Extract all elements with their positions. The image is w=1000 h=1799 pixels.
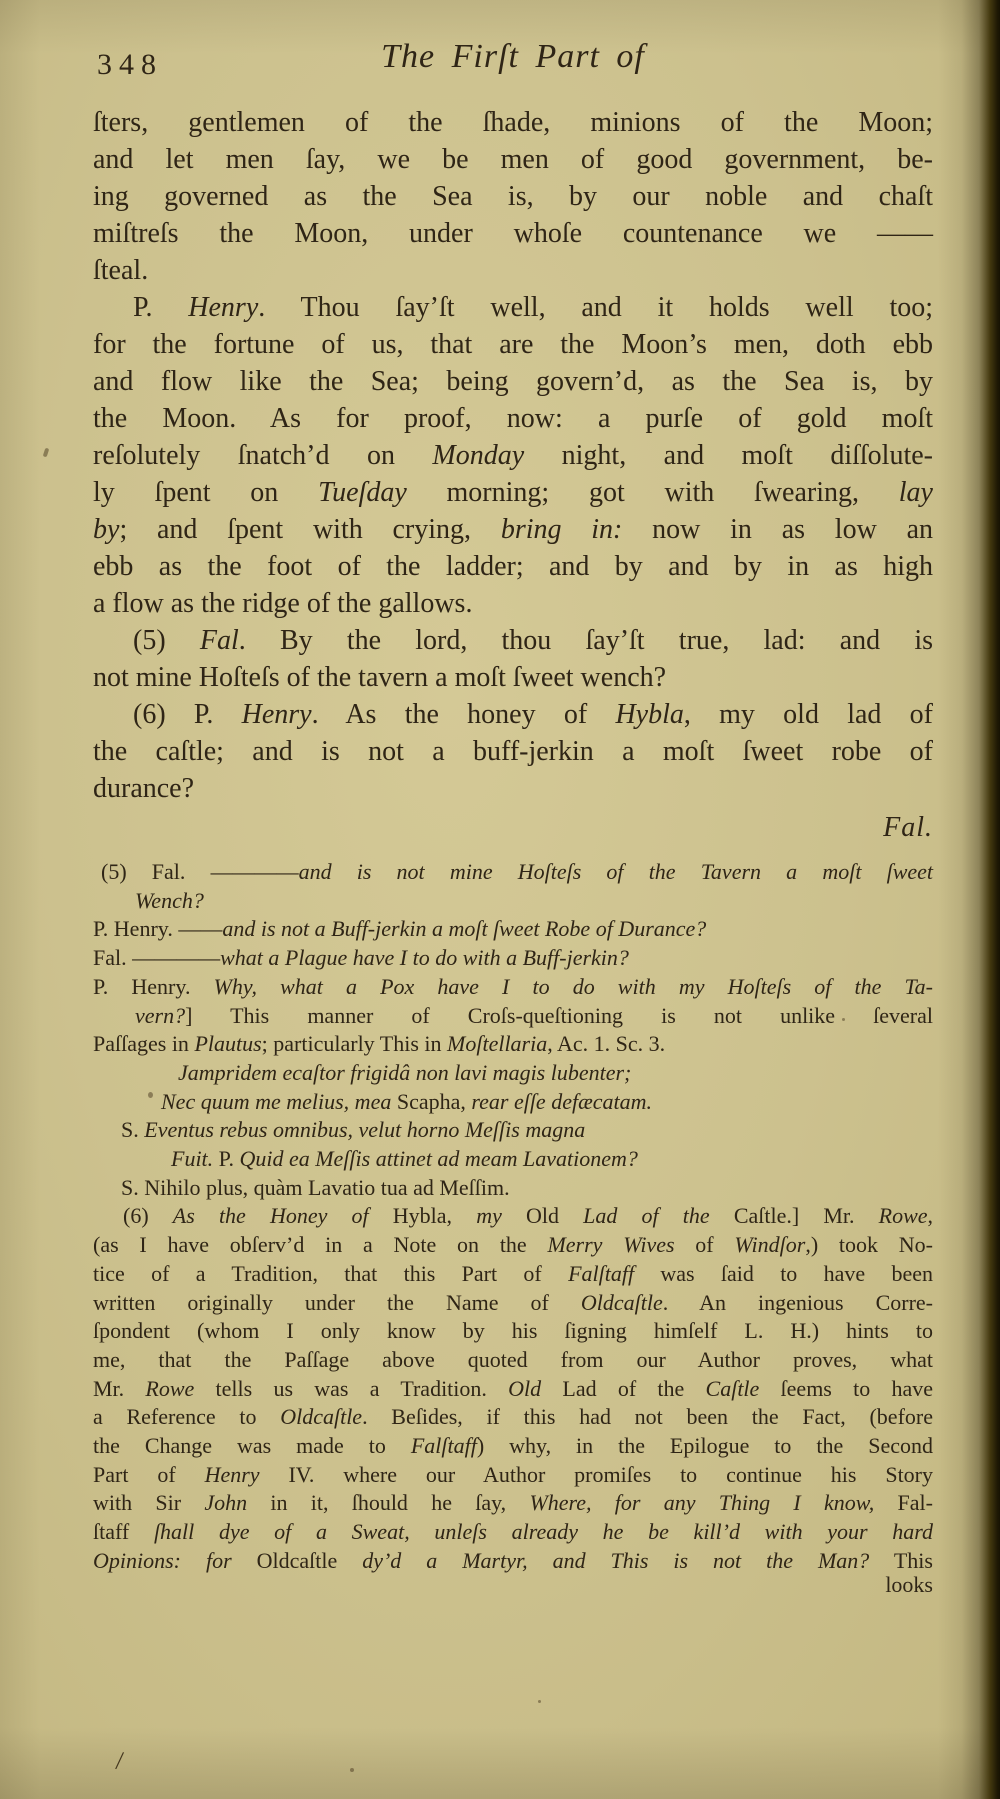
text-line: and flow like the Sea; being govern’d, a… (93, 363, 933, 400)
italic-text: John (204, 1490, 247, 1515)
roman-text: Lad of the (541, 1376, 705, 1401)
text-line: reſolutely ſnatch’d on Monday night, and… (93, 437, 933, 474)
paragraph: (6) As the Honey of Hybla, my Old Lad of… (93, 1202, 933, 1575)
mid-page-catchword: Fal. (883, 812, 933, 844)
text-line: a Reference to Oldcaſtle. Beſides, if th… (93, 1403, 933, 1432)
paragraph: Fal. ————what a Plague have I to do with… (93, 944, 933, 973)
roman-text: ing governed as the Sea is, by our noble… (93, 181, 933, 212)
roman-text: and let men ſay, we be men of good gover… (93, 144, 933, 175)
roman-text: of (675, 1232, 735, 1257)
roman-text: now in as low an (622, 514, 933, 545)
roman-text: was ſaid to have been (634, 1261, 933, 1286)
paragraph: P. Henry. Thou ſay’ſt well, and it holds… (93, 289, 933, 622)
roman-text: Mr. (93, 1376, 145, 1401)
bottom-catchword: looks (885, 1572, 933, 1598)
italic-text: Nec quum me melius, mea (161, 1089, 391, 1114)
ink-speck (148, 1092, 153, 1098)
roman-text: (as I have obſerv’d in a Note on the (93, 1232, 547, 1257)
roman-text: ſpondent (whom I only know by his ſignin… (93, 1318, 933, 1343)
roman-text: ſteal. (93, 255, 148, 286)
text-line: tice of a Tradition, that this Part of F… (93, 1260, 933, 1289)
text-line: S. Nihilo plus, quàm Lavatio tua ad Meſſ… (93, 1174, 933, 1203)
roman-text: me, that the Paſſage above quoted from o… (93, 1347, 933, 1372)
roman-text: Fal. ———— (93, 945, 220, 970)
italic-text: Monday (432, 440, 524, 471)
text-line: the Change was made to Falſtaff) why, in… (93, 1432, 933, 1461)
roman-text: Scapha, (391, 1089, 471, 1114)
text-line: ſpondent (whom I only know by his ſignin… (93, 1317, 933, 1346)
roman-text: (6) P. (133, 699, 242, 730)
italic-text: Lad of the (583, 1203, 710, 1228)
italic-text: Tueſday (318, 477, 407, 508)
italic-text: and is not mine Hoſteſs of the Tavern a … (299, 859, 933, 884)
roman-text: durance? (93, 773, 194, 804)
roman-text: a flow as the ridge of the gallows. (93, 588, 472, 619)
text-line: (5) Fal. ————and is not mine Hoſteſs of … (93, 858, 933, 887)
italic-text: Eventus rebus omnibus, velut horno Meſſi… (144, 1117, 585, 1142)
book-page-scan: 348 The Firſt Part of ſters, gentlemen o… (0, 0, 1000, 1799)
text-line: Mr. Rowe tells us was a Tradition. Old L… (93, 1375, 933, 1404)
text-line: miſtreſs the Moon, under whoſe countenan… (93, 215, 933, 252)
roman-text: (5) Fal. ———— (101, 859, 299, 884)
text-line: and let men ſay, we be men of good gover… (93, 141, 933, 178)
italic-text: Why, what a Pox have I to do with my Hoſ… (214, 974, 933, 999)
italic-text: my (476, 1203, 502, 1228)
italic-text: Merry Wives (547, 1232, 674, 1257)
text-line: P. Henry. Why, what a Pox have I to do w… (93, 973, 933, 1002)
text-line: P. Henry. ——and is not a Buff-jerkin a m… (93, 915, 933, 944)
paragraph: P. Henry. ——and is not a Buff-jerkin a m… (93, 915, 933, 944)
roman-text: P. Henry. —— (93, 916, 222, 941)
text-line: written originally under the Name of Old… (93, 1289, 933, 1318)
italic-text: dy’d a Martyr, and This is not the Man? (362, 1548, 869, 1573)
italic-text: Where, for any Thing I know, (529, 1490, 874, 1515)
text-line: Paſſages in Plautus; particularly This i… (93, 1030, 933, 1059)
roman-text: Oldcaſtle (232, 1548, 363, 1573)
roman-text: . An ingenious Corre- (663, 1290, 933, 1315)
roman-text: tice of a Tradition, that this Part of (93, 1261, 568, 1286)
roman-text: night, and moſt diſſolute- (524, 440, 933, 471)
text-line: Fal. ————what a Plague have I to do with… (93, 944, 933, 973)
text-line: the Moon. As for proof, now: a purſe of … (93, 400, 933, 437)
roman-text: , (928, 1203, 934, 1228)
ink-speck (538, 1700, 541, 1703)
text-line: ebb as the foot of the ladder; and by an… (93, 548, 933, 585)
roman-text: ,) took No- (805, 1232, 933, 1257)
roman-text: Paſſages in (93, 1031, 194, 1056)
text-line: vern?] This manner of Croſs-queſtioning … (93, 1002, 933, 1031)
roman-text: and flow like the Sea; being govern’d, a… (93, 366, 933, 397)
italic-text: Henry (205, 1462, 260, 1487)
text-line: Opinions: for Oldcaſtle dy’d a Martyr, a… (93, 1547, 933, 1576)
roman-text: . By the lord, thou ſay’ſt true, lad: an… (239, 625, 933, 656)
text-line: ing governed as the Sea is, by our noble… (93, 178, 933, 215)
roman-text: P. (213, 1146, 239, 1171)
page-number: 348 (97, 48, 163, 82)
text-line: ſters, gentlemen of the ſhade, minions o… (93, 104, 933, 141)
ink-speck (350, 1768, 354, 1772)
roman-text: , my old lad of (684, 699, 933, 730)
text-line: with Sir John in it, ſhould he ſay, Wher… (93, 1489, 933, 1518)
italic-text: Falſtaff (568, 1261, 634, 1286)
italic-text: Henry (242, 699, 312, 730)
italic-text: Rowe (879, 1203, 928, 1228)
italic-text: Oldcaſtle (280, 1404, 362, 1429)
text-line: (as I have obſerv’d in a Note on the Mer… (93, 1231, 933, 1260)
roman-text: a Reference to (93, 1404, 280, 1429)
roman-text: ] This manner of Croſs-queſtioning is no… (185, 1003, 933, 1028)
roman-text: for the fortune of us, that are the Moon… (93, 329, 933, 360)
paragraph: (6) P. Henry. As the honey of Hybla, my … (93, 696, 933, 807)
roman-text: morning; got with ſwearing, (407, 477, 899, 508)
roman-text: ſtaff (93, 1519, 154, 1544)
italic-text: Henry (188, 292, 258, 323)
text-line: not mine Hoſteſs of the tavern a moſt ſw… (93, 659, 933, 696)
italic-text: Caſtle (706, 1376, 760, 1401)
roman-text: , Ac. 1. Sc. 3. (547, 1031, 665, 1056)
running-head: The Firſt Part of (203, 38, 823, 76)
roman-text: Part of (93, 1462, 205, 1487)
roman-text: This (869, 1548, 933, 1573)
italic-text: As the Honey of (173, 1203, 369, 1228)
roman-text: ebb as the foot of the ladder; and by an… (93, 551, 933, 582)
text-line: durance? (93, 770, 933, 807)
roman-text: reſolutely ſnatch’d on (93, 440, 432, 471)
text-line: (6) As the Honey of Hybla, my Old Lad of… (93, 1202, 933, 1231)
roman-text: ſeems to have (759, 1376, 933, 1401)
italic-text: Fuit. (171, 1146, 213, 1171)
italic-text: Opinions: for (93, 1548, 232, 1573)
italic-text: Moſtellaria (447, 1031, 547, 1056)
text-line: me, that the Paſſage above quoted from o… (93, 1346, 933, 1375)
text-line: for the fortune of us, that are the Moon… (93, 326, 933, 363)
italic-text: and is not a Buff-jerkin a moſt ſweet Ro… (222, 916, 706, 941)
italic-text: what a Plague have I to do with a Buff-j… (220, 945, 629, 970)
italic-text: Wench? (135, 888, 204, 913)
stray-pen-mark: / (114, 1746, 124, 1777)
paragraph: ſters, gentlemen of the ſhade, minions o… (93, 104, 933, 289)
roman-text: ; and ſpent with crying, (119, 514, 500, 545)
roman-text: S. (121, 1117, 144, 1142)
text-line: the caſtle; and is not a buff-jerkin a m… (93, 733, 933, 770)
italic-text: Plautus (194, 1031, 261, 1056)
text-line: a flow as the ridge of the gallows. (93, 585, 933, 622)
italic-text: Quid ea Meſſis attinet ad meam Lavatione… (239, 1146, 637, 1171)
paragraph: P. Henry. Why, what a Pox have I to do w… (93, 973, 933, 1059)
ink-speck (43, 448, 50, 458)
roman-text: P. Henry. (93, 974, 214, 999)
text-line: ſteal. (93, 252, 933, 289)
text-line: Jampridem ecaſtor frigidâ non lavi magis… (93, 1059, 933, 1088)
italic-text: ſhall dye of a Sweat, unleſs already he … (154, 1519, 933, 1544)
roman-text: the Moon. As for proof, now: a purſe of … (93, 403, 933, 434)
italic-text: Oldcaſtle (581, 1290, 663, 1315)
italic-text: lay (899, 477, 933, 508)
roman-text: tells us was a Tradition. (194, 1376, 508, 1401)
main-text-block: ſters, gentlemen of the ſhade, minions o… (93, 104, 933, 807)
roman-text: Caſtle.] Mr. (710, 1203, 879, 1228)
roman-text: the Change was made to (93, 1433, 411, 1458)
roman-text: Old (502, 1203, 583, 1228)
page-edge-shadow (938, 0, 1000, 1799)
roman-text: written originally under the Name of (93, 1290, 581, 1315)
roman-text: . Beſides, if this had not been the Fact… (362, 1404, 933, 1429)
roman-text: ſters, gentlemen of the ſhade, minions o… (93, 107, 933, 138)
roman-text: ; particularly This in (262, 1031, 447, 1056)
roman-text: not mine Hoſteſs of the tavern a moſt ſw… (93, 662, 666, 693)
text-line: Part of Henry IV. where our Author promi… (93, 1461, 933, 1490)
text-line: Nec quum me melius, mea Scapha, rear eſſ… (93, 1088, 933, 1117)
italic-text: bring in: (501, 514, 623, 545)
italic-text: Hybla (615, 699, 683, 730)
italic-text: vern? (135, 1003, 185, 1028)
roman-text: the caſtle; and is not a buff-jerkin a m… (93, 736, 933, 767)
italic-text: Jampridem ecaſtor frigidâ non lavi magis… (178, 1060, 631, 1085)
text-line: Wench? (93, 887, 933, 916)
roman-text: with Sir (93, 1490, 204, 1515)
roman-text: Hybla, (369, 1203, 477, 1228)
roman-text: Fal- (874, 1490, 933, 1515)
roman-text: ) why, in the Epilogue to the Second (477, 1433, 933, 1458)
roman-text: in it, ſhould he ſay, (247, 1490, 529, 1515)
roman-text: (5) (133, 625, 200, 656)
footnotes-block: (5) Fal. ————and is not mine Hoſteſs of … (93, 858, 933, 1576)
roman-text: miſtreſs the Moon, under whoſe countenan… (93, 218, 933, 249)
italic-text: Fal (200, 625, 239, 656)
roman-text: S. Nihilo plus, quàm Lavatio tua ad Meſſ… (121, 1175, 510, 1200)
paragraph: (5) Fal. ————and is not mine Hoſteſs of … (93, 858, 933, 915)
italic-text: rear eſſe defæcatam. (471, 1089, 652, 1114)
text-line: ſtaff ſhall dye of a Sweat, unleſs alrea… (93, 1518, 933, 1547)
paragraph: (5) Fal. By the lord, thou ſay’ſt true, … (93, 622, 933, 696)
page-header: 348 The Firſt Part of (93, 38, 933, 88)
roman-text: IV. where our Author promiſes to continu… (260, 1462, 933, 1487)
ink-speck (842, 1018, 845, 1021)
text-line: by; and ſpent with crying, bring in: now… (93, 511, 933, 548)
roman-text: ly ſpent on (93, 477, 318, 508)
text-line: (5) Fal. By the lord, thou ſay’ſt true, … (93, 622, 933, 659)
text-line: P. Henry. Thou ſay’ſt well, and it holds… (93, 289, 933, 326)
text-line: (6) P. Henry. As the honey of Hybla, my … (93, 696, 933, 733)
roman-text: . As the honey of (312, 699, 616, 730)
italic-text: Rowe (145, 1376, 194, 1401)
italic-text: Windſor (734, 1232, 805, 1257)
italic-text: by (93, 514, 119, 545)
text-line: Fuit. P. Quid ea Meſſis attinet ad meam … (93, 1145, 933, 1174)
roman-text: . Thou ſay’ſt well, and it holds well to… (258, 292, 933, 323)
italic-text: Old (508, 1376, 541, 1401)
text-line: S. Eventus rebus omnibus, velut horno Me… (93, 1116, 933, 1145)
text-line: ly ſpent on Tueſday morning; got with ſw… (93, 474, 933, 511)
roman-text: P. (133, 292, 188, 323)
paragraph: Jampridem ecaſtor frigidâ non lavi magis… (93, 1059, 933, 1203)
roman-text: (6) (123, 1203, 173, 1228)
italic-text: Falſtaff (411, 1433, 477, 1458)
